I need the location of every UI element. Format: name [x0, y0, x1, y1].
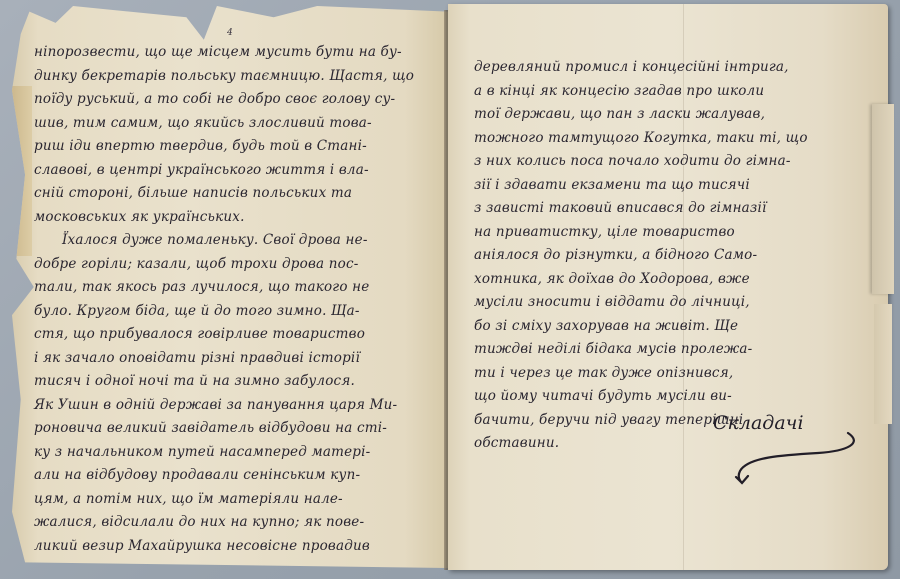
text-line: роновича великий завідатель відбудови на…	[34, 417, 414, 441]
text-line: сній стороні, більше написів польських т…	[34, 182, 414, 206]
text-line: добре горіли; казали, щоб трохи дрова по…	[34, 253, 414, 277]
text-line: жалися, відсилали до них на купно; як по…	[34, 511, 414, 535]
text-line: Як Ушин в одній державі за панування цар…	[34, 394, 414, 418]
text-line: деревляний промисл і концесійні інтрига,	[474, 56, 808, 80]
right-page-text: деревляний промисл і концесійні інтрига,…	[474, 56, 808, 456]
page-number: 4	[227, 28, 233, 38]
text-line: риш іди впертю твердив, будь той в Стані…	[34, 135, 414, 159]
folded-page-edge	[872, 104, 894, 294]
text-line: і як зачало оповідати різні правдиві іст…	[34, 347, 414, 371]
text-line: тали, так якось раз лучилося, що такого …	[34, 276, 414, 300]
text-line: тожного тамтущого Когутка, таки ті, що	[474, 127, 808, 151]
text-line: али на відбудову продавали сенінським ку…	[34, 464, 414, 488]
left-page: 4 ніпорозвести, що ще місцем мусить бути…	[12, 6, 448, 568]
text-line: зії і здавати екзамени та що тисячі	[474, 174, 808, 198]
text-line: ку з начальником путей насамперед матері…	[34, 441, 414, 465]
text-line: динку бекретарів польську таємницю. Щаст…	[34, 65, 414, 89]
text-line: мусіли зносити і віддати до лічниці,	[474, 291, 808, 315]
text-line: аніялося до різнутки, а бідного Само-	[474, 244, 808, 268]
text-line: славові, в центрі українського життя і в…	[34, 159, 414, 183]
text-line: стя, що прибувалося говірливе товариство	[34, 323, 414, 347]
text-line: тиждві неділі бідака мусів пролежа-	[474, 338, 808, 362]
text-line: Їхалося дуже помаленьку. Свої дрова не-	[34, 229, 414, 253]
text-line: тисяч і одної ночі та й на зимно забулос…	[34, 370, 414, 394]
text-line: з зависті таковий вписався до гімназії	[474, 197, 808, 221]
text-line: ти і через це так дуже опізнився,	[474, 362, 808, 386]
text-line: а в кінці як концесію згадав про школи	[474, 80, 808, 104]
left-page-text: ніпорозвести, що ще місцем мусить бути н…	[34, 41, 414, 558]
text-line: з них колись поса почало ходити до гімна…	[474, 150, 808, 174]
folded-page-edge	[874, 304, 892, 424]
text-line: бо зі сміху захорував на живіт. Ще	[474, 315, 808, 339]
text-line: ніпорозвести, що ще місцем мусить бути н…	[34, 41, 414, 65]
text-line: поїду руський, а то собі не добро своє г…	[34, 88, 414, 112]
text-line: на приватистку, ціле товариство	[474, 221, 808, 245]
text-line: цям, а потім них, що їм матеріяли нале-	[34, 488, 414, 512]
text-line: було. Кругом біда, ще й до того зимно. Щ…	[34, 300, 414, 324]
right-page: деревляний промисл і концесійні інтрига,…	[448, 4, 888, 570]
manuscript-photo: 4 ніпорозвести, що ще місцем мусить бути…	[0, 0, 900, 579]
text-line: тої держави, що пан з ласки жалував,	[474, 103, 808, 127]
text-line: московських як українських.	[34, 206, 414, 230]
text-line: шив, тим самим, що якийсь злосливий това…	[34, 112, 414, 136]
text-line: ликий везир Махайрушка несовісне провади…	[34, 535, 414, 559]
signature-flourish-icon	[728, 429, 868, 489]
text-line: хотника, як доїхав до Ходорова, вже	[474, 268, 808, 292]
torn-paper-strip	[12, 86, 32, 256]
text-line: що йому читачі будуть мусіли ви-	[474, 385, 808, 409]
